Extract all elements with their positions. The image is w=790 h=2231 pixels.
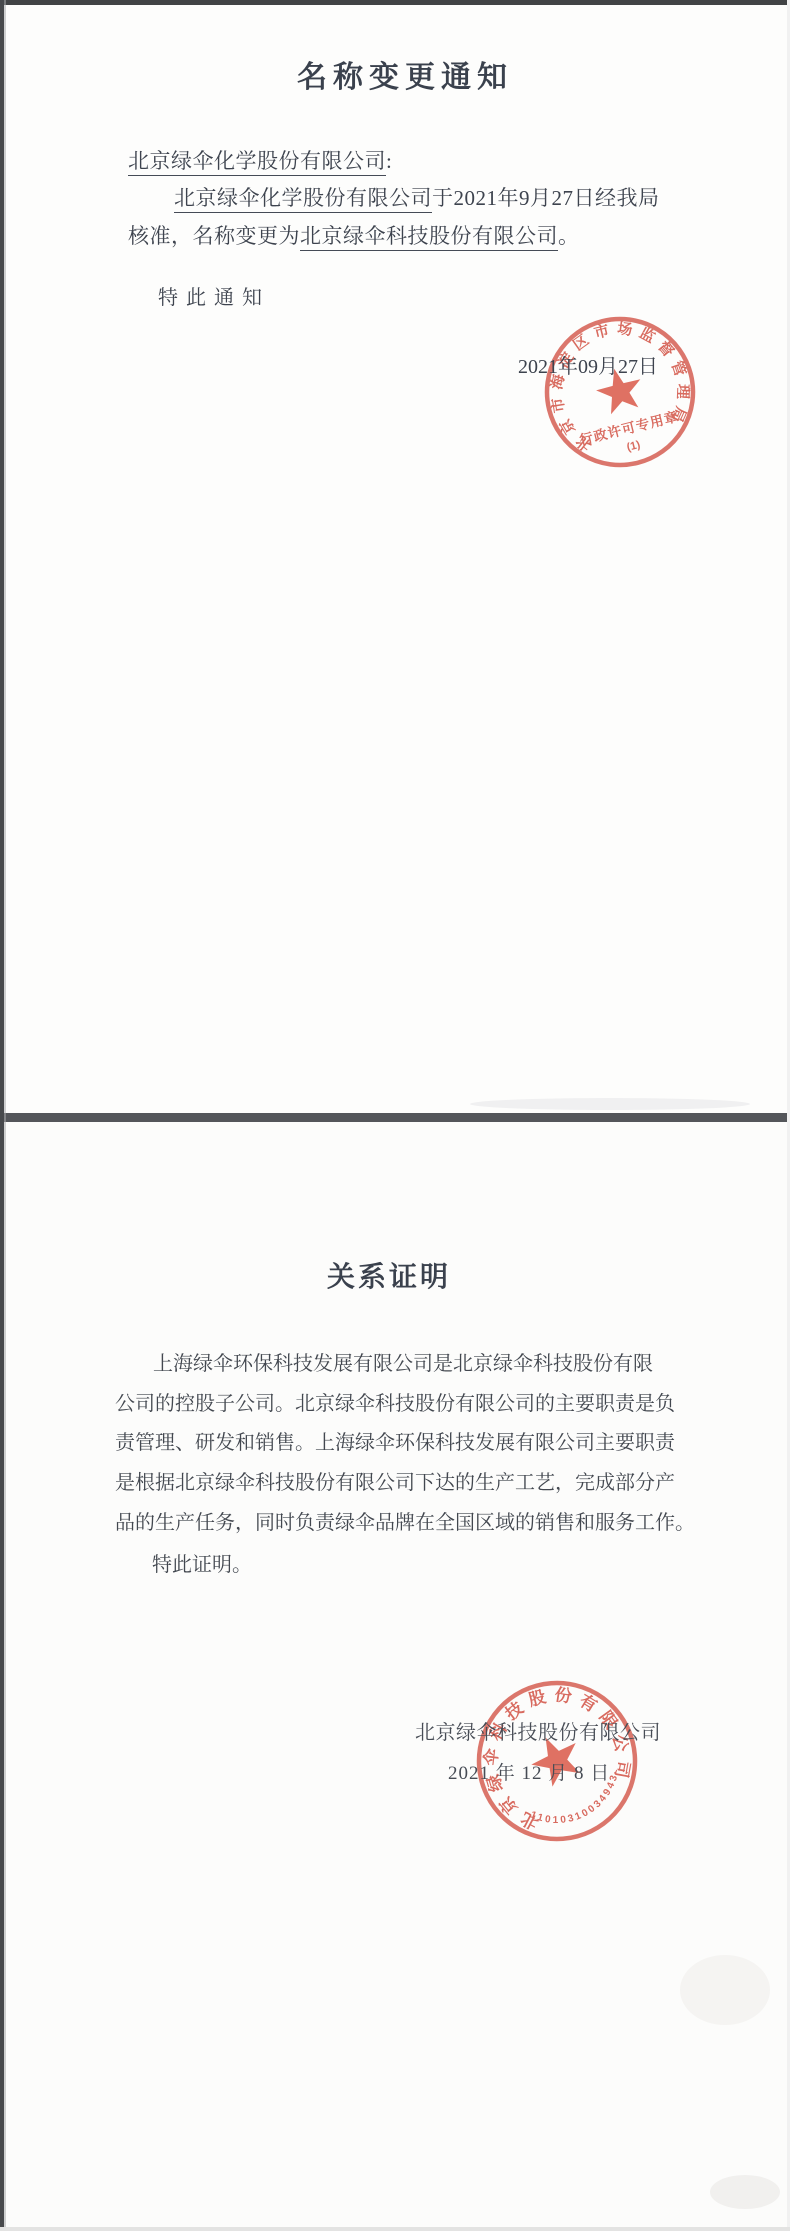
addressee-company-name: 北京绿伞化学股份有限公司	[128, 149, 386, 176]
new-company-name: 北京绿伞科技股份有限公司	[300, 224, 558, 251]
scan-edge-bottom	[0, 2227, 790, 2231]
body-line-1-rest: 于2021年9月27日经我局	[432, 186, 660, 210]
scan-smudge	[710, 2175, 780, 2209]
addressee-line: 北京绿伞化学股份有限公司:	[128, 145, 392, 175]
page1-title: 名称变更通知	[297, 52, 513, 96]
addressee-colon: :	[386, 149, 392, 173]
page-separator	[0, 1113, 790, 1122]
body-line-2: 核准，名称变更为北京绿伞科技股份有限公司。	[128, 220, 580, 250]
page2-date: 2021 年 12 月 8 日	[448, 1758, 610, 1785]
body-line-2-period: 。	[558, 224, 580, 248]
page1-date: 2021年09月27日	[518, 350, 658, 379]
scan-edge-left-soft	[4, 0, 6, 2231]
old-company-name: 北京绿伞化学股份有限公司	[174, 186, 432, 213]
paragraph-line-5: 品的生产任务，同时负责绿伞品牌在全国区域的销售和服务工作。	[115, 1506, 695, 1535]
seal-number: (1)	[626, 439, 642, 454]
body-line-1: 北京绿伞化学股份有限公司于2021年9月27日经我局	[174, 182, 660, 212]
paragraph-line-4: 是根据北京绿伞科技股份有限公司下达的生产工艺，完成部分产	[115, 1466, 675, 1495]
signature-company-name: 北京绿伞科技股份有限公司	[415, 1716, 661, 1745]
page-name-change-notice: 名称变更通知 北京绿伞化学股份有限公司: 北京绿伞化学股份有限公司于2021年9…	[0, 0, 790, 1113]
page2-title: 关系证明	[327, 1255, 451, 1295]
paragraph-line-1: 上海绿伞环保科技发展有限公司是北京绿伞科技股份有限	[153, 1347, 653, 1376]
scanned-documents: 名称变更通知 北京绿伞化学股份有限公司: 北京绿伞化学股份有限公司于2021年9…	[0, 0, 790, 2231]
red-seal-stamp-haidian-admin: 北京市海淀区市场监督管理局 行政许可专用章 (1)	[540, 312, 700, 472]
body-line-2-prefix: 核准，名称变更为	[128, 224, 300, 248]
page2-closing: 特此证明。	[152, 1548, 252, 1577]
page1-closing: 特此通知	[158, 281, 270, 310]
paragraph-line-2: 公司的控股子公司。北京绿伞科技股份有限公司的主要职责是负	[115, 1387, 675, 1416]
scan-edge-top	[0, 0, 790, 5]
paragraph-line-3: 责管理、研发和销售。上海绿伞环保科技发展有限公司主要职责	[115, 1426, 675, 1455]
scan-smudge	[680, 1955, 770, 2025]
scan-smudge	[470, 1098, 750, 1110]
